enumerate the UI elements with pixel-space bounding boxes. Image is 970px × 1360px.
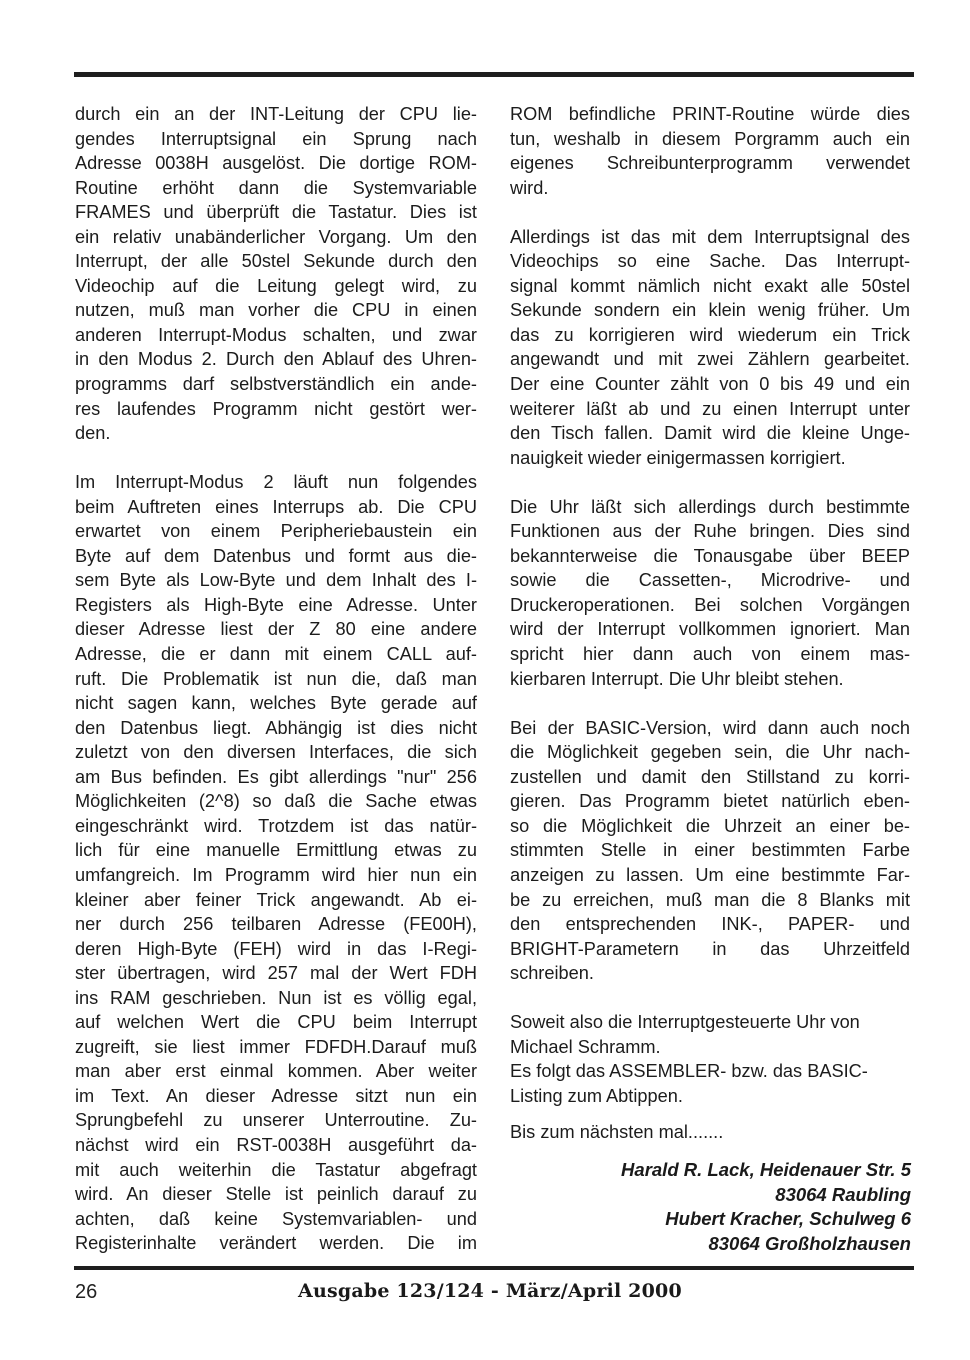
text-line: Funktionen aus der Ruhe bringen. Dies si… (510, 519, 910, 544)
text-line: so die Möglichkeit die Uhrzeit an einer … (510, 814, 910, 839)
text-line: sem Byte als Low-Byte und dem Inhalt des… (75, 568, 477, 593)
left-column: durch ein an der INT-Leitung der CPU lie… (75, 102, 477, 1256)
text-line: deren High-Byte (FEH) wird in das I-Regi… (75, 937, 477, 962)
text-line: Der eine Counter zählt von 0 bis 49 und … (510, 372, 910, 397)
paragraph-closing: Soweit also die Interruptgesteuerte Uhr … (510, 1010, 910, 1059)
text-line: Registers als High-Byte eine Adresse. Un… (75, 593, 477, 618)
text-line: gieren. Das Programm bietet natürlich eb… (510, 789, 910, 814)
text-line: Allerdings ist das mit dem Interruptsign… (510, 225, 910, 250)
text-line: zugreift, sie liest immer FDFDH.Darauf m… (75, 1035, 477, 1060)
text-line: ster übertragen, wird 257 mal der Wert F… (75, 961, 477, 986)
text-line: am Bus befinden. Es gibt allerdings "nur… (75, 765, 477, 790)
paragraph-listing-note: Es folgt das ASSEMBLER- bzw. das BASIC- … (510, 1059, 910, 1108)
text-line: die Möglichkeit gegeben sein, die Uhr na… (510, 740, 910, 765)
author-2-city: 83064 Großholzhausen (560, 1232, 911, 1257)
text-line: Adresse 0038H ausgelöst. Die dortige ROM… (75, 151, 477, 176)
text-line: res laufendes Programm nicht gestört wer… (75, 397, 477, 422)
text-line: weiterer läßt ab und zu einen Interrupt … (510, 397, 910, 422)
text-line: im Text. An dieser Adresse sitzt nun ein (75, 1084, 477, 1109)
text-line: angewandt und mit zwei Zählern gearbeite… (510, 347, 910, 372)
text-line: umfangreich. Im Programm wird hier nun e… (75, 863, 477, 888)
paragraph-videochip-signal: Allerdings ist das mit dem Interruptsign… (510, 225, 910, 470)
paragraph-basic-version: Bei der BASIC-Version, wird dann auch no… (510, 716, 910, 986)
issue-line: Ausgabe 123/124 - März/April 2000 (298, 1279, 682, 1303)
text-line: Die Uhr läßt sich allerdings durch besti… (510, 495, 910, 520)
text-line: Möglichkeiten (2^8) so daß die Sache etw… (75, 789, 477, 814)
text-line: wird. (510, 176, 910, 201)
text-line: tun, weshalb in diesem Porgramm auch ein (510, 127, 910, 152)
text-line: Listing zum Abtippen. (510, 1084, 910, 1109)
text-line: mit auch weiterhin die Tastatur abgefrag… (75, 1158, 477, 1183)
header-rule (74, 72, 914, 77)
paragraph-interrupt-intro: durch ein an der INT-Leitung der CPU lie… (75, 102, 477, 446)
text-line: wird der Interrupt vollkommen ignoriert.… (510, 617, 910, 642)
text-line: Registerinhalte verändert werden. Die im (75, 1231, 477, 1256)
text-line: gendes Interruptsignal ein Sprung nach (75, 127, 477, 152)
paragraph-clock-stops: Die Uhr läßt sich allerdings durch besti… (510, 495, 910, 691)
text-line: erwartet von einem Peripheriebaustein ei… (75, 519, 477, 544)
text-line: Bei der BASIC-Version, wird dann auch no… (510, 716, 910, 741)
text-line: auf welchen Wert die CPU beim Interrupt (75, 1010, 477, 1035)
text-line: eingeschränkt wird. Trotzdem ist das nat… (75, 814, 477, 839)
text-line: den Datenbus liegt. Abhängig ist dies ni… (75, 716, 477, 741)
text-line: Druckeroperationen. Bei solchen Vorgänge… (510, 593, 910, 618)
text-line: ins RAM geschrieben. Nun ist es völlig e… (75, 986, 477, 1011)
paragraph-farewell: Bis zum nächsten mal....... (510, 1120, 910, 1145)
text-line: stimmten Stelle in einer bestimmten Farb… (510, 838, 910, 863)
text-line: sowie die Cassetten-, Microdrive- und (510, 568, 910, 593)
text-line: Videochip auf die Leitung gelegt wird, z… (75, 274, 477, 299)
text-line: Sprungbefehl zu unserer Unterroutine. Zu… (75, 1108, 477, 1133)
text-line: nutzen, muß man vorher die CPU in einen (75, 298, 477, 323)
text-line: den entsprechenden INK-, PAPER- und (510, 912, 910, 937)
text-line: kleiner aber feiner Trick angewandt. Ab … (75, 888, 477, 913)
text-line: BRIGHT-Parametern in das Uhrzeitfeld (510, 937, 910, 962)
text-line: Videochips so eine Sache. Das Interrupt- (510, 249, 910, 274)
text-line: eigenes Schreibunterprogramm verwendet (510, 151, 910, 176)
text-line: programms darf selbstverständlich ein an… (75, 372, 477, 397)
text-line: nauigkeit wieder einigermassen korrigier… (510, 446, 910, 471)
text-line: achten, daß keine Systemvariablen- und (75, 1207, 477, 1232)
text-line: Es folgt das ASSEMBLER- bzw. das BASIC- (510, 1059, 910, 1084)
text-line: bekannterweise die Tonausgabe über BEEP (510, 544, 910, 569)
paragraph-print-routine: ROM befindliche PRINT-Routine würde dies… (510, 102, 910, 200)
text-line: schreiben. (510, 961, 910, 986)
text-line: Sekunde sondern ein klein wenig früher. … (510, 298, 910, 323)
text-line: Bis zum nächsten mal....... (510, 1120, 910, 1145)
text-line: Adresse, die er dann mit einem CALL auf- (75, 642, 477, 667)
paragraph-interrupt-mode-2: Im Interrupt-Modus 2 läuft nun folgendes… (75, 470, 477, 1256)
text-line: ein relativ unabänderlicher Vorgang. Um … (75, 225, 477, 250)
text-line: man aber erst einmal kommen. Aber weiter (75, 1059, 477, 1084)
text-line: beim Auftreten eines Interrups ab. Die C… (75, 495, 477, 520)
text-line: zustellen und damit den Stillstand zu ko… (510, 765, 910, 790)
text-line: dieser Adresse liest der Z 80 eine ander… (75, 617, 477, 642)
text-line: Routine erhöht dann die Systemvariable (75, 176, 477, 201)
text-line: signal kommt nämlich nicht exakt alle 50… (510, 274, 910, 299)
text-line: nicht sagen kann, welches Byte gerade au… (75, 691, 477, 716)
text-line: den Tisch fallen. Damit wird die kleine … (510, 421, 910, 446)
author-2-name-address: Hubert Kracher, Schulweg 6 (560, 1207, 911, 1232)
text-line: lich für eine manuelle Ermittlung etwas … (75, 838, 477, 863)
author-signature: Harald R. Lack, Heidenauer Str. 5 83064 … (560, 1158, 911, 1256)
text-line: Soweit also die Interruptgesteuerte Uhr … (510, 1010, 910, 1035)
text-line: zuletzt von den diversen Interfaces, die… (75, 740, 477, 765)
text-line: be zu erreichen, muß man die 8 Blanks mi… (510, 888, 910, 913)
author-1-name-address: Harald R. Lack, Heidenauer Str. 5 (560, 1158, 911, 1183)
text-line: in den Modus 2. Durch den Ablauf des Uhr… (75, 347, 477, 372)
footer-rule (74, 1266, 914, 1270)
text-line: das zu korrigieren wird wiederum ein Tri… (510, 323, 910, 348)
text-line: ner durch 256 teilbaren Adresse (FE00H), (75, 912, 477, 937)
right-column: ROM befindliche PRINT-Routine würde dies… (510, 102, 910, 1145)
text-line: wird. An dieser Stelle ist peinlich dara… (75, 1182, 477, 1207)
text-line: Byte auf dem Datenbus und formt aus die- (75, 544, 477, 569)
text-line: anzeigen zu lassen. Um eine bestimmte Fa… (510, 863, 910, 888)
text-line: Interrupt, der alle 50stel Sekunde durch… (75, 249, 477, 274)
page-number: 26 (75, 1280, 97, 1304)
text-line: kierbaren Interrupt. Die Uhr bleibt steh… (510, 667, 910, 692)
author-1-city: 83064 Raubling (560, 1183, 911, 1208)
text-line: Michael Schramm. (510, 1035, 910, 1060)
text-line: durch ein an der INT-Leitung der CPU lie… (75, 102, 477, 127)
text-line: Im Interrupt-Modus 2 läuft nun folgendes (75, 470, 477, 495)
text-line: anderen Interrupt-Modus schalten, und zw… (75, 323, 477, 348)
text-line: ROM befindliche PRINT-Routine würde dies (510, 102, 910, 127)
text-line: nächst wird ein RST-0038H ausgeführt da- (75, 1133, 477, 1158)
text-line: den. (75, 421, 477, 446)
text-line: ruft. Die Problematik ist nun die, daß m… (75, 667, 477, 692)
text-line: FRAMES und überprüft die Tastatur. Dies … (75, 200, 477, 225)
text-line: spricht hier dann auch von einem mas- (510, 642, 910, 667)
